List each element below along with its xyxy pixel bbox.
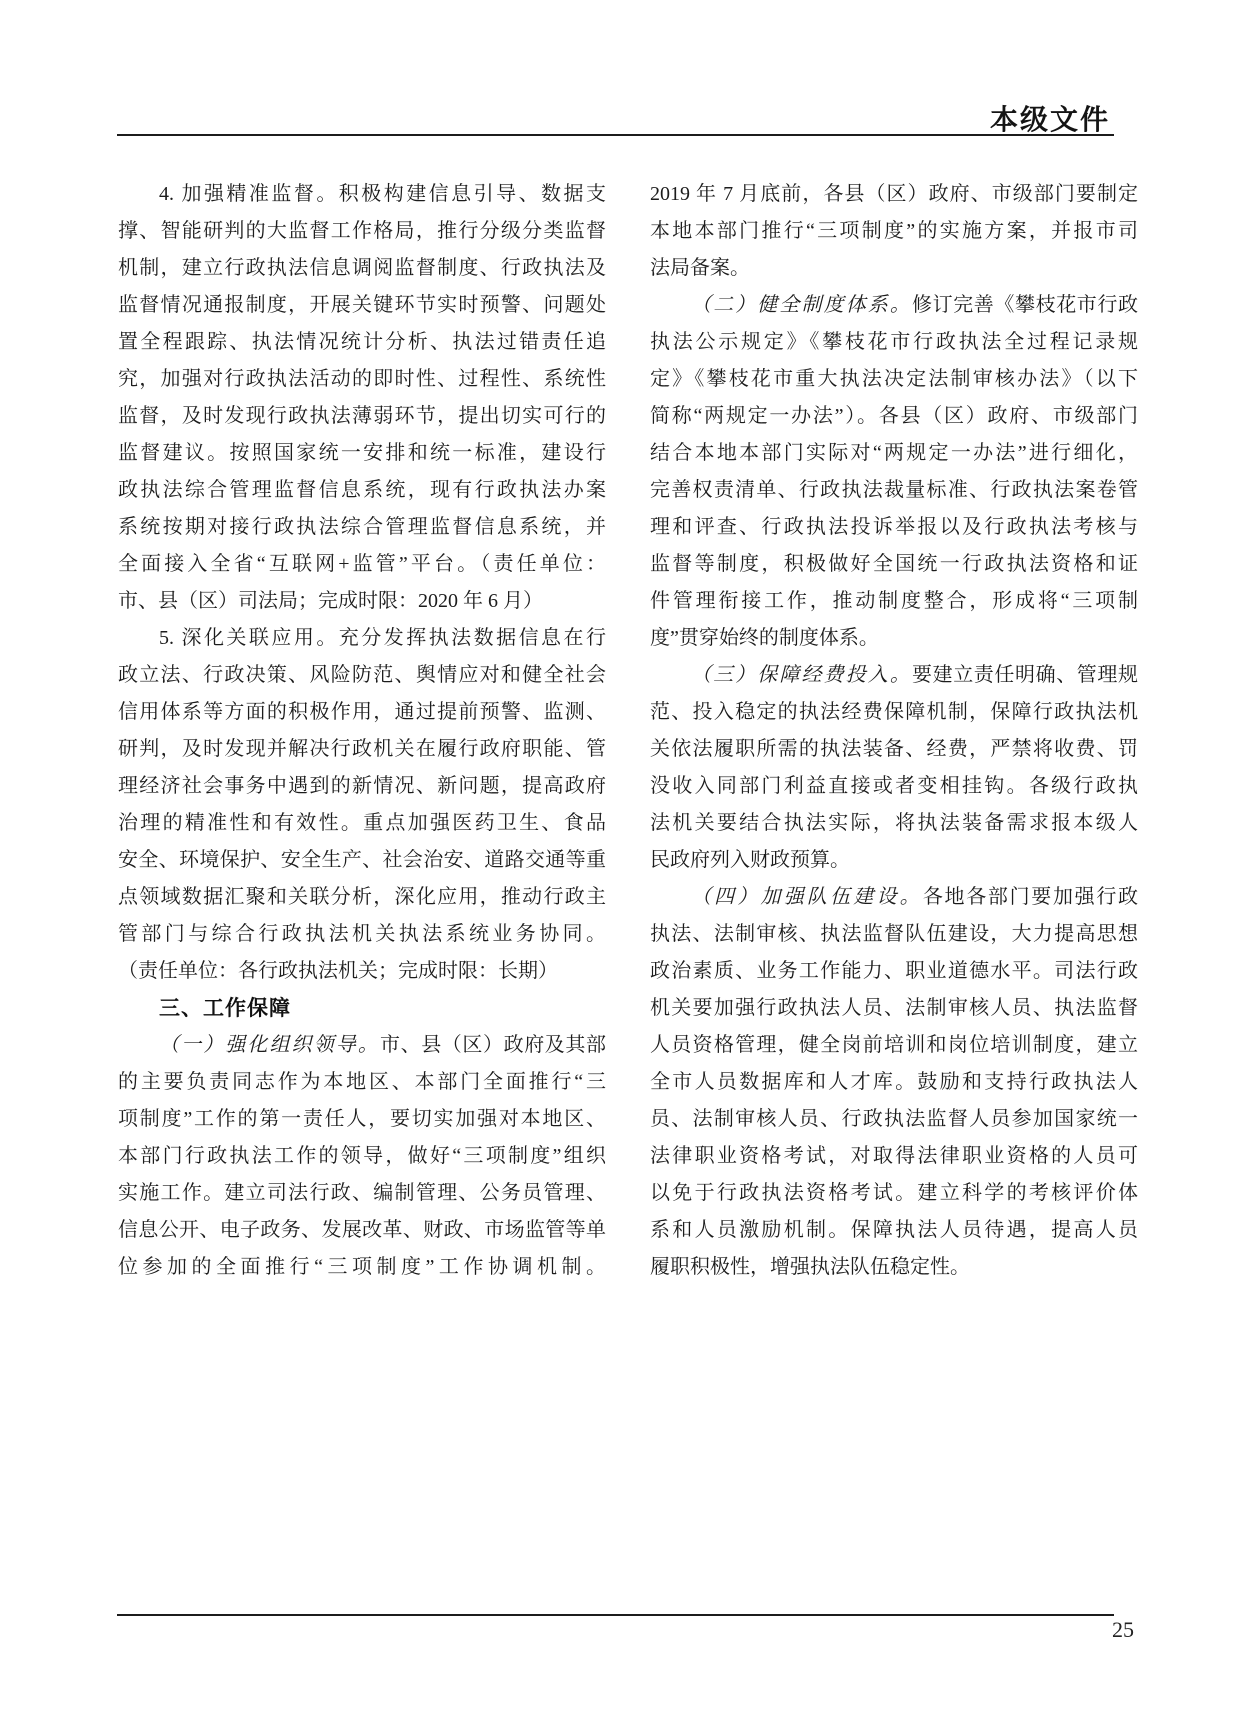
body-text: 究，加强对行政执法活动的即时性、过程性、系统性 [118,368,606,390]
body-text: 理和评查、行政执法投诉举报以及行政执法考核与 [650,516,1138,538]
body-text: 理经济社会事务中遇到的新情况、新问题，提高政府 [118,775,606,797]
body-text: 监督情况通报制度，开展关键环节实时预警、问题处 [118,294,606,316]
body-text: 监督建议。按照国家统一安排和统一标准，建设行 [118,442,606,464]
body-text: 政执法综合管理监督信息系统，现有行政执法办案 [118,479,606,501]
body-text: 的主要负责同志作为本地区、本部门全面推行“三 [118,1071,606,1093]
body-text: 本部门行政执法工作的领导，做好“三项制度”组织 [118,1145,606,1167]
kai-lead-in: （一）强化组织领导。 [159,1034,380,1056]
text-line: 政治素质、业务工作能力、职业道德水平。司法行政 [650,953,1138,990]
body-text: 机制，建立行政执法信息调阅监督制度、行政执法及 [118,257,606,279]
text-line: 全面接入全省“互联网+监管”平台。（责任单位： [118,546,606,583]
text-line: 执法公示规定》《攀枝花市行政执法全过程记录规 [650,324,1138,361]
body-text: 执法公示规定》《攀枝花市行政执法全过程记录规 [650,331,1138,353]
text-line: 法局备案。 [650,250,1138,287]
header-title: 本级文件 [990,98,1110,138]
left-column: 4. 加强精准监督。积极构建信息引导、数据支撑、智能研判的大监督工作格局，推行分… [118,176,606,1286]
text-line: 安全、环境保护、安全生产、社会治安、道路交通等重 [118,842,606,879]
body-text: 监督，及时发现行政执法薄弱环节，提出切实可行的 [118,405,606,427]
body-text: 信息公开、电子政务、发展改革、财政、市场监管等单 [118,1219,606,1241]
document-page: 本级文件 4. 加强精准监督。积极构建信息引导、数据支撑、智能研判的大监督工作格… [0,0,1256,1735]
text-line: 本部门行政执法工作的领导，做好“三项制度”组织 [118,1138,606,1175]
text-line: 全市人员数据库和人才库。鼓励和支持行政执法人 [650,1064,1138,1101]
body-text: 法律职业资格考试，对取得法律职业资格的人员可 [650,1145,1138,1167]
body-text: 系和人员激励机制。保障执法人员待遇，提高人员 [650,1219,1138,1241]
body-text: 人员资格管理，健全岗前培训和岗位培训制度，建立 [650,1034,1138,1056]
text-line: 法律职业资格考试，对取得法律职业资格的人员可 [650,1138,1138,1175]
body-text: 员、法制审核人员、行政执法监督人员参加国家统一 [650,1108,1138,1130]
text-line: （责任单位：各行政执法机关；完成时限：长期） [118,953,606,990]
text-line: 本地本部门推行“三项制度”的实施方案，并报市司 [650,213,1138,250]
kai-lead-in: （四）加强队伍建设。 [691,886,923,908]
body-text: 政治素质、业务工作能力、职业道德水平。司法行政 [650,960,1138,982]
text-line: 系和人员激励机制。保障执法人员待遇，提高人员 [650,1212,1138,1249]
body-text: 研判，及时发现并解决行政机关在履行政府职能、管 [118,738,606,760]
kai-lead-in: （二）健全制度体系。 [691,294,912,316]
text-line: 完善权责清单、行政执法裁量标准、行政执法案卷管 [650,472,1138,509]
body-text: 民政府列入财政预算。 [650,849,850,871]
body-text: 法机关要结合执法实际，将执法装备需求报本级人 [650,812,1138,834]
body-text: 度”贯穿始终的制度体系。 [650,627,879,649]
text-line: 关依法履职所需的执法装备、经费，严禁将收费、罚 [650,731,1138,768]
section-heading: 三、工作保障 [159,997,291,1020]
body-text: 位参加的全面推行“三项制度”工作协调机制。 [118,1256,606,1278]
text-line: 机关要加强行政执法人员、法制审核人员、执法监督 [650,990,1138,1027]
body-text: 履职积极性，增强执法队伍稳定性。 [650,1256,970,1278]
body-text: 实施工作。建立司法行政、编制管理、公务员管理、 [118,1182,606,1204]
body-text: 治理的精准性和有效性。重点加强医药卫生、食品 [118,812,606,834]
text-line: 监督建议。按照国家统一安排和统一标准，建设行 [118,435,606,472]
page-number: 25 [1112,1617,1134,1643]
text-line: 定》《攀枝花市重大执法决定法制审核办法》（以下 [650,361,1138,398]
body-text: 结合本地本部门实际对“两规定一办法”进行细化， [650,442,1138,464]
text-line: （三）保障经费投入。要建立责任明确、管理规 [650,657,1138,694]
text-line: 位参加的全面推行“三项制度”工作协调机制。 [118,1249,606,1286]
text-line: 管部门与综合行政执法机关执法系统业务协同。 [118,916,606,953]
text-line: 法机关要结合执法实际，将执法装备需求报本级人 [650,805,1138,842]
body-text: 定》《攀枝花市重大执法决定法制审核办法》（以下 [650,368,1138,390]
text-line: 项制度”工作的第一责任人，要切实加强对本地区、 [118,1101,606,1138]
text-line: 结合本地本部门实际对“两规定一办法”进行细化， [650,435,1138,472]
text-line: 监督，及时发现行政执法薄弱环节，提出切实可行的 [118,398,606,435]
text-line: 三、工作保障 [118,990,606,1027]
body-text: 件管理衔接工作，推动制度整合，形成将“三项制 [650,590,1138,612]
right-column: 2019 年 7 月底前，各县（区）政府、市级部门要制定本地本部门推行“三项制度… [650,176,1138,1286]
text-line: （二）健全制度体系。修订完善《攀枝花市行政 [650,287,1138,324]
text-line: 简称“两规定一办法”）。各县（区）政府、市级部门 [650,398,1138,435]
body-text: 执法、法制审核、执法监督队伍建设，大力提高思想 [650,923,1138,945]
text-line: 2019 年 7 月底前，各县（区）政府、市级部门要制定 [650,176,1138,213]
text-line: 范、投入稳定的执法经费保障机制，保障行政执法机 [650,694,1138,731]
text-line: 撑、智能研判的大监督工作格局，推行分级分类监督 [118,213,606,250]
text-line: 员、法制审核人员、行政执法监督人员参加国家统一 [650,1101,1138,1138]
footer-rule [117,1614,1114,1616]
text-line: 治理的精准性和有效性。重点加强医药卫生、食品 [118,805,606,842]
body-text: 信用体系等方面的积极作用，通过提前预警、监测、 [118,701,606,723]
body-text: 全面接入全省“互联网+监管”平台。（责任单位： [118,553,606,575]
body-text: （责任单位：各行政执法机关；完成时限：长期） [118,960,558,982]
body-text: 市、县（区）司法局；完成时限：2020 年 6 月） [118,590,543,612]
text-line: 市、县（区）司法局；完成时限：2020 年 6 月） [118,583,606,620]
body-text: 点领域数据汇聚和关联分析，深化应用，推动行政主 [118,886,606,908]
body-text: 要建立责任明确、管理规 [912,664,1138,686]
body-text: 全市人员数据库和人才库。鼓励和支持行政执法人 [650,1071,1138,1093]
text-line: 监督等制度，积极做好全国统一行政执法资格和证 [650,546,1138,583]
text-line: 信息公开、电子政务、发展改革、财政、市场监管等单 [118,1212,606,1249]
body-text: 系统按期对接行政执法综合管理监督信息系统，并 [118,516,606,538]
header-rule [117,134,1114,136]
text-line: 度”贯穿始终的制度体系。 [650,620,1138,657]
body-text: 2019 年 7 月底前，各县（区）政府、市级部门要制定 [650,183,1138,205]
body-text: 范、投入稳定的执法经费保障机制，保障行政执法机 [650,701,1138,723]
text-line: 点领域数据汇聚和关联分析，深化应用，推动行政主 [118,879,606,916]
body-text: 监督等制度，积极做好全国统一行政执法资格和证 [650,553,1138,575]
text-line: 人员资格管理，健全岗前培训和岗位培训制度，建立 [650,1027,1138,1064]
text-line: 系统按期对接行政执法综合管理监督信息系统，并 [118,509,606,546]
body-text: 简称“两规定一办法”）。各县（区）政府、市级部门 [650,405,1138,427]
body-text: 4. 加强精准监督。积极构建信息引导、数据支 [159,183,606,205]
text-line: 政立法、行政决策、风险防范、舆情应对和健全社会 [118,657,606,694]
text-line: 民政府列入财政预算。 [650,842,1138,879]
text-line: 信用体系等方面的积极作用，通过提前预警、监测、 [118,694,606,731]
text-line: 实施工作。建立司法行政、编制管理、公务员管理、 [118,1175,606,1212]
text-line: 监督情况通报制度，开展关键环节实时预警、问题处 [118,287,606,324]
text-line: 理和评查、行政执法投诉举报以及行政执法考核与 [650,509,1138,546]
text-line: 履职积极性，增强执法队伍稳定性。 [650,1249,1138,1286]
body-text: 没收入同部门利益直接或者变相挂钩。各级行政执 [650,775,1138,797]
text-line: 5. 深化关联应用。充分发挥执法数据信息在行 [118,620,606,657]
body-text: 以免于行政执法资格考试。建立科学的考核评价体 [650,1182,1138,1204]
text-line: 以免于行政执法资格考试。建立科学的考核评价体 [650,1175,1138,1212]
body-text: 关依法履职所需的执法装备、经费，严禁将收费、罚 [650,738,1138,760]
body-text: 完善权责清单、行政执法裁量标准、行政执法案卷管 [650,479,1138,501]
text-line: （一）强化组织领导。市、县（区）政府及其部门 [118,1027,606,1064]
text-line: 的主要负责同志作为本地区、本部门全面推行“三 [118,1064,606,1101]
body-text: 项制度”工作的第一责任人，要切实加强对本地区、 [118,1108,606,1130]
text-line: 4. 加强精准监督。积极构建信息引导、数据支 [118,176,606,213]
text-line: 政执法综合管理监督信息系统，现有行政执法办案 [118,472,606,509]
body-text: 撑、智能研判的大监督工作格局，推行分级分类监督 [118,220,606,242]
body-text: 安全、环境保护、安全生产、社会治安、道路交通等重 [118,849,606,871]
body-text: 政立法、行政决策、风险防范、舆情应对和健全社会 [118,664,606,686]
body-text: 置全程跟踪、执法情况统计分析、执法过错责任追 [118,331,606,353]
body-text: 机关要加强行政执法人员、法制审核人员、执法监督 [650,997,1138,1019]
text-line: 置全程跟踪、执法情况统计分析、执法过错责任追 [118,324,606,361]
body-text: 各地各部门要加强行政 [923,886,1138,908]
text-line: 研判，及时发现并解决行政机关在履行政府职能、管 [118,731,606,768]
body-text: 法局备案。 [650,257,750,279]
body-text: 管部门与综合行政执法机关执法系统业务协同。 [118,923,606,945]
kai-lead-in: （三）保障经费投入。 [691,664,912,686]
text-line: 没收入同部门利益直接或者变相挂钩。各级行政执 [650,768,1138,805]
body-text: 5. 深化关联应用。充分发挥执法数据信息在行 [159,627,606,649]
text-line: 究，加强对行政执法活动的即时性、过程性、系统性 [118,361,606,398]
text-line: 执法、法制审核、执法监督队伍建设，大力提高思想 [650,916,1138,953]
body-text: 本地本部门推行“三项制度”的实施方案，并报市司 [650,220,1138,242]
body-text: 修订完善《攀枝花市行政 [912,294,1138,316]
text-line: （四）加强队伍建设。各地各部门要加强行政 [650,879,1138,916]
text-line: 理经济社会事务中遇到的新情况、新问题，提高政府 [118,768,606,805]
text-line: 机制，建立行政执法信息调阅监督制度、行政执法及 [118,250,606,287]
text-line: 件管理衔接工作，推动制度整合，形成将“三项制 [650,583,1138,620]
